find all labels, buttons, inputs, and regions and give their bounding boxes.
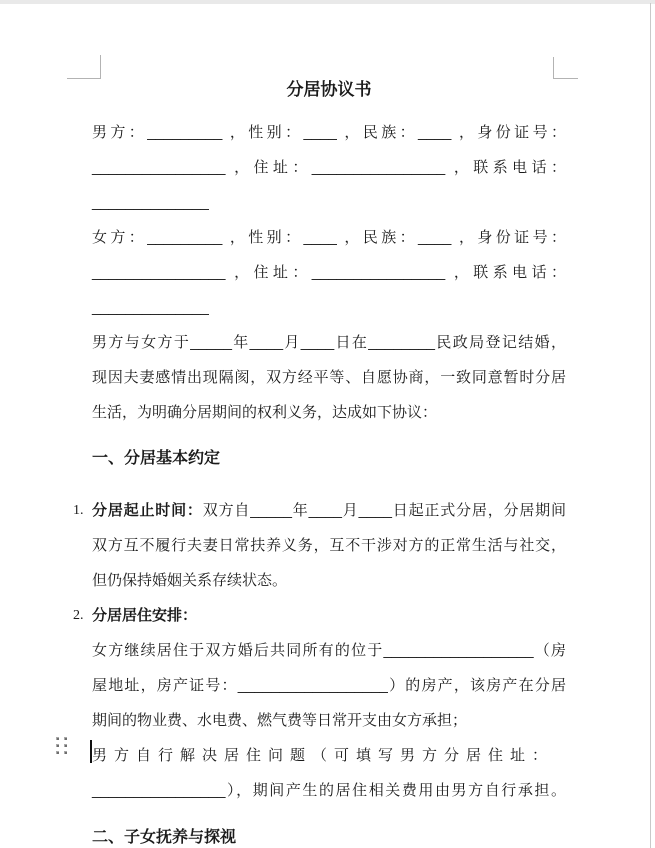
item-text: 双方自_____年____月____日起正式分居，分居期间 [203,502,566,519]
party-female-paragraph: 女方：_________ ，性别：____ ，民族：____ ，身份证号： __… [92,220,566,325]
text-line: 男方自行解决居住问题（可填写男方分居住址： [92,738,566,773]
text-caret [90,740,92,763]
section-heading-1: 一、分居基本约定 [92,441,566,476]
section-heading-2: 二、子女抚养与探视 [92,820,566,848]
drag-handle-dot [56,751,59,754]
drag-handle-dot [56,744,59,747]
text-line: ________________ ，住址：________________ ，联… [92,255,566,290]
drag-handle-dot [64,737,67,740]
text-line: 男方与女方于_____年____月____日在________民政局登记结婚， [92,325,566,360]
text-line: 双方互不履行夫妻日常扶养义务，互不干涉对方的正常生活与社交， [92,528,566,563]
text-line: 生活，为明确分居期间的权利义务，达成如下协议： [92,395,566,430]
list-number: 2. [73,598,84,633]
text-line: 2.分居居住安排： [92,598,566,633]
text-line: ________________ ，住址：________________ ，联… [92,150,566,185]
margin-corner-mark-top-right-icon [553,57,578,79]
text-line: 但仍保持婚姻关系存续状态。 [92,563,566,598]
party-male-paragraph: 男方：_________ ，性别：____ ，民族：____ ，身份证号： __… [92,115,566,220]
item-label: 分居起止时间： [92,502,203,519]
list-item-2: 2.分居居住安排： 女方继续居住于双方婚后共同所有的位于____________… [92,598,566,808]
text-line: ______________ [92,185,566,220]
document-text-area[interactable]: 分居协议书 男方：_________ ，性别：____ ，民族：____ ，身份… [0,0,655,848]
text-line: 男方：_________ ，性别：____ ，民族：____ ，身份证号： [92,115,566,150]
text-line: 女方继续居住于双方婚后共同所有的位于__________________（房 [92,633,566,668]
text-line: ________________），期间产生的居住相关费用由男方自行承担。 [92,773,566,808]
top-edge-strip [0,0,655,4]
item-label: 分居居住安排： [92,607,197,624]
drag-handle-dot [64,744,67,747]
text-line: 期间的物业费、水电费、燃气费等日常开支由女方承担； [92,703,566,738]
list-number: 1. [73,493,84,528]
document-page: 分居协议书 男方：_________ ，性别：____ ，民族：____ ，身份… [0,0,655,848]
drag-handle-dot [64,751,67,754]
list-item-1: 1.分居起止时间：双方自_____年____月____日起正式分居，分居期间 双… [92,493,566,598]
text-line: 女方：_________ ，性别：____ ，民族：____ ，身份证号： [92,220,566,255]
text-line: 1.分居起止时间：双方自_____年____月____日起正式分居，分居期间 [92,493,566,528]
text-line: 现因夫妻感情出现隔阂，双方经平等、自愿协商，一致同意暂时分居 [92,360,566,395]
right-edge-border [650,3,651,848]
margin-corner-mark-top-left-icon [67,55,101,79]
page-title: 分居协议书 [92,72,566,107]
text-line: ______________ [92,290,566,325]
text-line: 屋地址，房产证号：__________________）的房产，该房产在分居 [92,668,566,703]
intro-paragraph: 男方与女方于_____年____月____日在________民政局登记结婚， … [92,325,566,430]
drag-handle-dot [56,737,59,740]
drag-handle-icon[interactable] [56,737,68,757]
